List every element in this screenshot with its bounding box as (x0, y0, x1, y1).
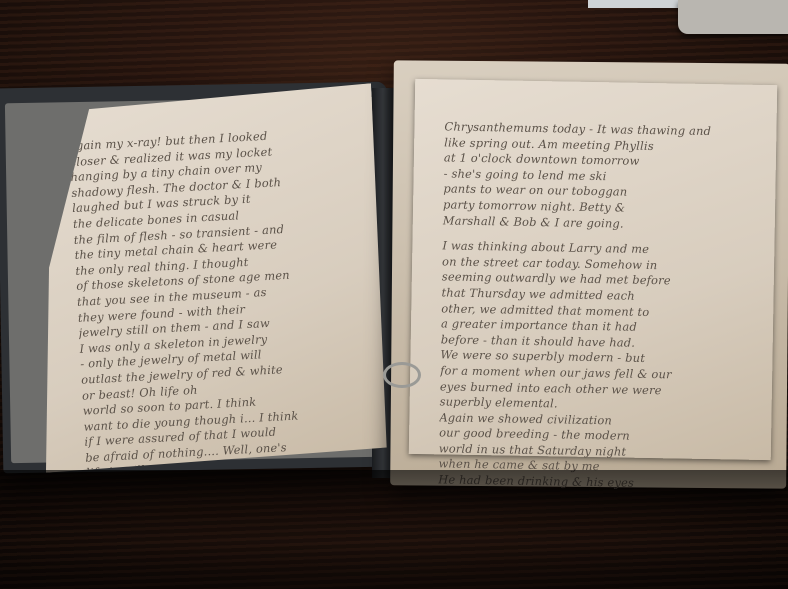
desk-objects (578, 0, 788, 40)
laptop-corner (678, 0, 788, 34)
left-journal-page: again my x-ray! but then I lookedcloser … (27, 83, 391, 473)
binder-ring (383, 362, 421, 388)
paper-sheet (588, 0, 678, 8)
desk-shadow (0, 470, 788, 589)
right-journal-page: Chrysanthemums today - It was thawing an… (409, 79, 777, 460)
